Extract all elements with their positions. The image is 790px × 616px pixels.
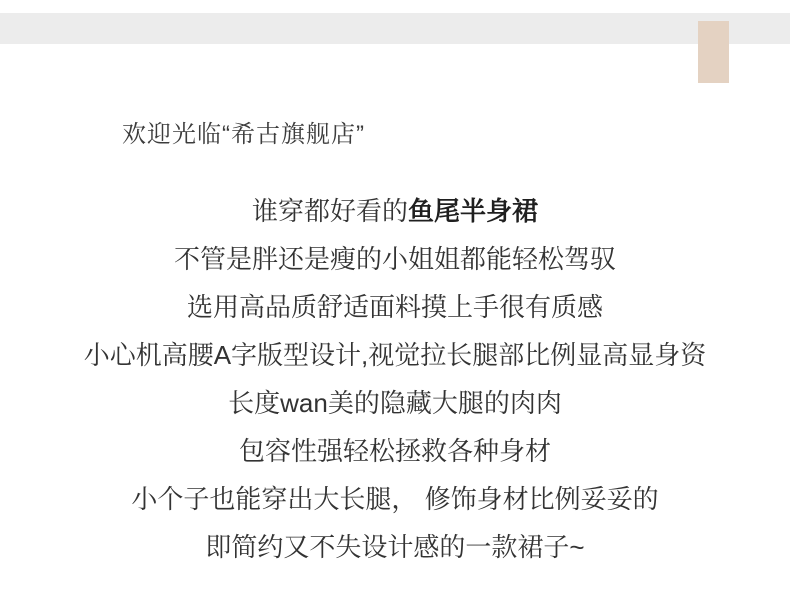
welcome-text: 欢迎光临“希古旗舰店” xyxy=(122,120,365,150)
product-description: 谁穿都好看的鱼尾半身裙 不管是胖还是瘦的小姐姐都能轻松驾驭 选用高品质舒适面料摸… xyxy=(0,187,790,571)
accent-color-block xyxy=(698,21,729,83)
description-line: 小个子也能穿出大长腿， 修饰身材比例妥妥的 xyxy=(0,475,790,523)
description-headline: 谁穿都好看的鱼尾半身裙 xyxy=(0,187,790,235)
headline-bold-text: 鱼尾半身裙 xyxy=(408,196,538,226)
top-band xyxy=(0,13,790,44)
description-line: 不管是胖还是瘦的小姐姐都能轻松驾驭 xyxy=(0,235,790,283)
description-line: 即简约又不失设计感的一款裙子~ xyxy=(0,523,790,571)
headline-regular-text: 谁穿都好看的 xyxy=(252,196,408,226)
description-line: 选用高品质舒适面料摸上手很有质感 xyxy=(0,283,790,331)
product-description-page: { "header": { "welcome_text": "欢迎光临“希古旗舰… xyxy=(0,0,790,616)
description-line: 包容性强轻松拯救各种身材 xyxy=(0,427,790,475)
description-line: 长度wan美的隐藏大腿的肉肉 xyxy=(0,379,790,427)
description-line: 小心机高腰A字版型设计,视觉拉长腿部比例显高显身资 xyxy=(0,331,790,379)
